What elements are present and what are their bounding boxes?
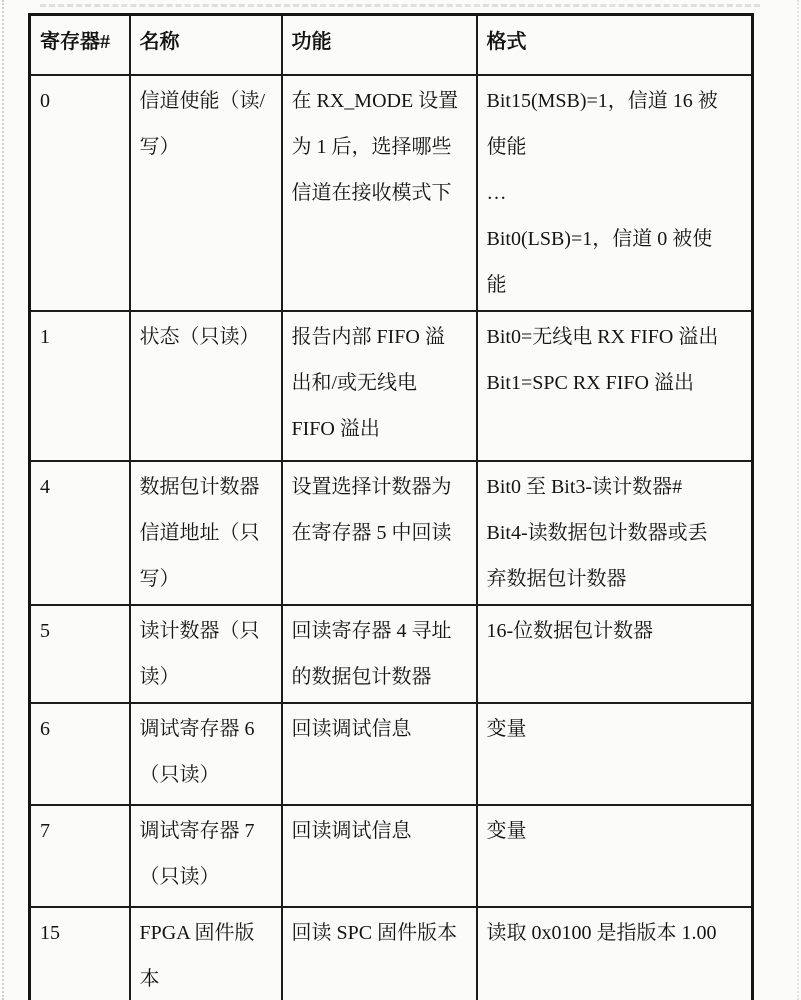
scan-artifact-left-edge — [2, 0, 4, 1000]
cell-register: 0 — [30, 75, 130, 311]
scan-artifact-top-edge — [40, 4, 760, 7]
table-row: 5 读计数器（只 读） 回读寄存器 4 寻址 的数据包计数器 16-位数据包计数… — [30, 605, 753, 703]
cell-name: FPGA 固件版 本 — [130, 907, 282, 1000]
table-row: 0 信道使能（读/ 写） 在 RX_MODE 设置 为 1 后，选择哪些 信道在… — [30, 75, 753, 311]
cell-register: 4 — [30, 461, 130, 605]
col-header-format: 格式 — [477, 15, 753, 76]
table-row: 4 数据包计数器 信道地址（只 写） 设置选择计数器为 在寄存器 5 中回读 B… — [30, 461, 753, 605]
cell-function: 回读 SPC 固件版本 — [282, 907, 477, 1000]
cell-format: Bit15(MSB)=1，信道 16 被 使能 … Bit0(LSB)=1，信道… — [477, 75, 753, 311]
col-header-name: 名称 — [130, 15, 282, 76]
cell-function: 在 RX_MODE 设置 为 1 后，选择哪些 信道在接收模式下 — [282, 75, 477, 311]
cell-format: Bit0=无线电 RX FIFO 溢出 Bit1=SPC RX FIFO 溢出 — [477, 311, 753, 461]
table-row: 15 FPGA 固件版 本 回读 SPC 固件版本 读取 0x0100 是指版本… — [30, 907, 753, 1000]
cell-register: 5 — [30, 605, 130, 703]
cell-function: 设置选择计数器为 在寄存器 5 中回读 — [282, 461, 477, 605]
cell-format: 变量 — [477, 703, 753, 805]
cell-format: 变量 — [477, 805, 753, 907]
cell-register: 1 — [30, 311, 130, 461]
col-header-register: 寄存器# — [30, 15, 130, 76]
cell-name: 信道使能（读/ 写） — [130, 75, 282, 311]
cell-format: 读取 0x0100 是指版本 1.00 — [477, 907, 753, 1000]
cell-name: 调试寄存器 6 （只读） — [130, 703, 282, 805]
cell-function: 报告内部 FIFO 溢 出和/或无线电 FIFO 溢出 — [282, 311, 477, 461]
cell-format: 16-位数据包计数器 — [477, 605, 753, 703]
cell-function: 回读调试信息 — [282, 805, 477, 907]
table-row: 7 调试寄存器 7 （只读） 回读调试信息 变量 — [30, 805, 753, 907]
cell-register: 7 — [30, 805, 130, 907]
cell-function: 回读寄存器 4 寻址 的数据包计数器 — [282, 605, 477, 703]
cell-register: 15 — [30, 907, 130, 1000]
cell-register: 6 — [30, 703, 130, 805]
register-map-table: 寄存器# 名称 功能 格式 0 信道使能（读/ 写） 在 RX_MODE 设置 … — [28, 13, 754, 1000]
table-row: 6 调试寄存器 6 （只读） 回读调试信息 变量 — [30, 703, 753, 805]
cell-name: 调试寄存器 7 （只读） — [130, 805, 282, 907]
header-row: 寄存器# 名称 功能 格式 — [30, 15, 753, 76]
table-row: 1 状态（只读） 报告内部 FIFO 溢 出和/或无线电 FIFO 溢出 Bit… — [30, 311, 753, 461]
col-header-function: 功能 — [282, 15, 477, 76]
scanned-document-page: { "table": { "headers": ["寄存器#", "名称", "… — [0, 0, 801, 1000]
scan-artifact-right-edge — [797, 0, 799, 1000]
cell-format: Bit0 至 Bit3-读计数器# Bit4-读数据包计数器或丢 弃数据包计数器 — [477, 461, 753, 605]
cell-function: 回读调试信息 — [282, 703, 477, 805]
cell-name: 数据包计数器 信道地址（只 写） — [130, 461, 282, 605]
cell-name: 读计数器（只 读） — [130, 605, 282, 703]
cell-name: 状态（只读） — [130, 311, 282, 461]
